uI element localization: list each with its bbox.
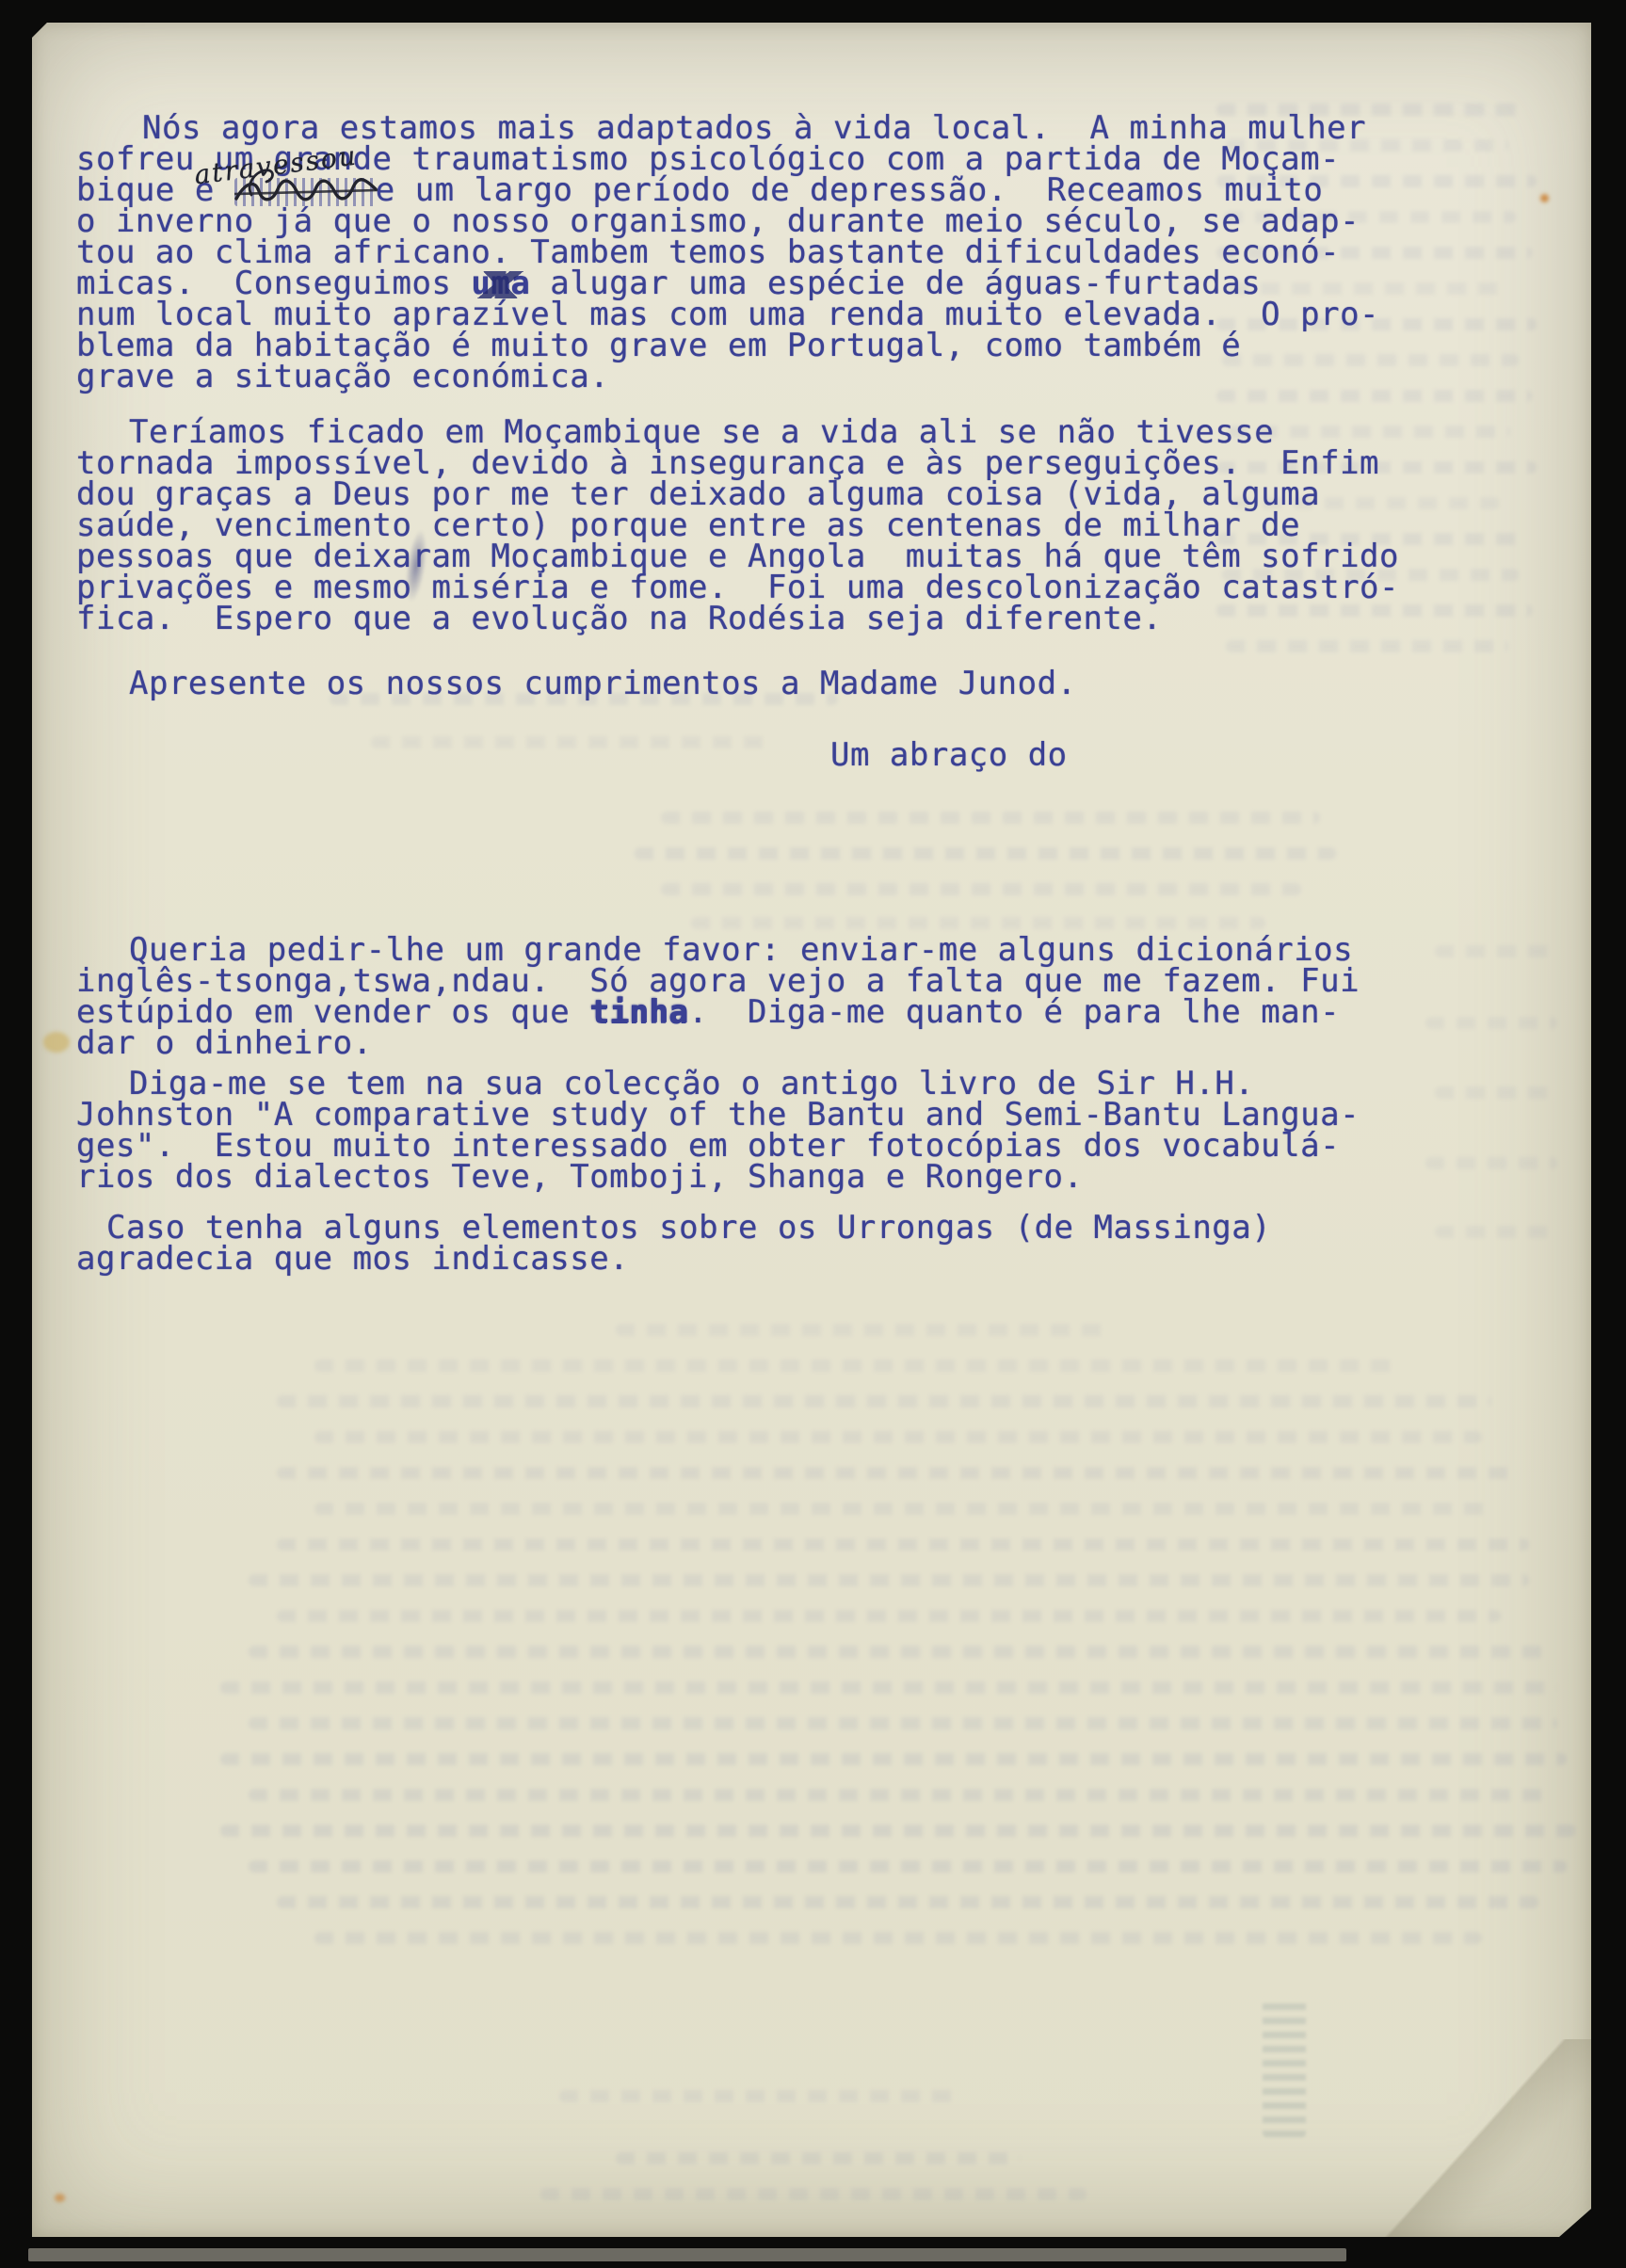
paragraph-mozambique: Teríamos ficado em Moçambique se a vida … xyxy=(76,417,1399,635)
faint-vertical-stamp xyxy=(1263,1996,1306,2137)
paragraph-dictionaries: Queria pedir-lhe um grande favor: enviar… xyxy=(76,935,1360,1059)
corner-fold-shadow xyxy=(1309,2039,1591,2237)
paper-stain xyxy=(1540,194,1549,202)
typed-line: grave a situação económica. xyxy=(76,362,1379,393)
typed-text: . Diga-me quanto é para lhe man- xyxy=(688,993,1340,1031)
typed-line: rios dos dialectos Teve, Tomboji, Shanga… xyxy=(76,1162,1360,1193)
scanner-bed-strip xyxy=(28,2248,1346,2261)
paragraph-compliments: Apresente os nossos cumprimentos a Madam… xyxy=(76,668,1077,700)
closing-salutation: Um abraço do xyxy=(830,740,1068,771)
paper-stain xyxy=(55,2194,65,2202)
paragraph-johnston-book: Diga-me se tem na sua colecção o antigo … xyxy=(76,1069,1360,1193)
paper-stain xyxy=(43,1032,70,1053)
letter-page: Nós agora estamos mais adaptados à vida … xyxy=(32,23,1591,2237)
overtyped-word: tinha xyxy=(589,993,688,1031)
paragraph-urrongas: Caso tenha alguns elementos sobre os Urr… xyxy=(76,1213,1271,1275)
typed-line: dar o dinheiro. xyxy=(76,1028,1360,1059)
typed-line: Apresente os nossos cumprimentos a Madam… xyxy=(76,668,1077,700)
crossed-out-word: uma xyxy=(471,268,530,299)
scan-background: { "letter": { "language": "Portuguese", … xyxy=(0,0,1626,2268)
typed-line: fica. Espero que a evolução na Rodésia s… xyxy=(76,603,1399,635)
typed-line: agradecia que mos indicasse. xyxy=(76,1244,1271,1275)
typed-line: Um abraço do xyxy=(830,740,1068,771)
